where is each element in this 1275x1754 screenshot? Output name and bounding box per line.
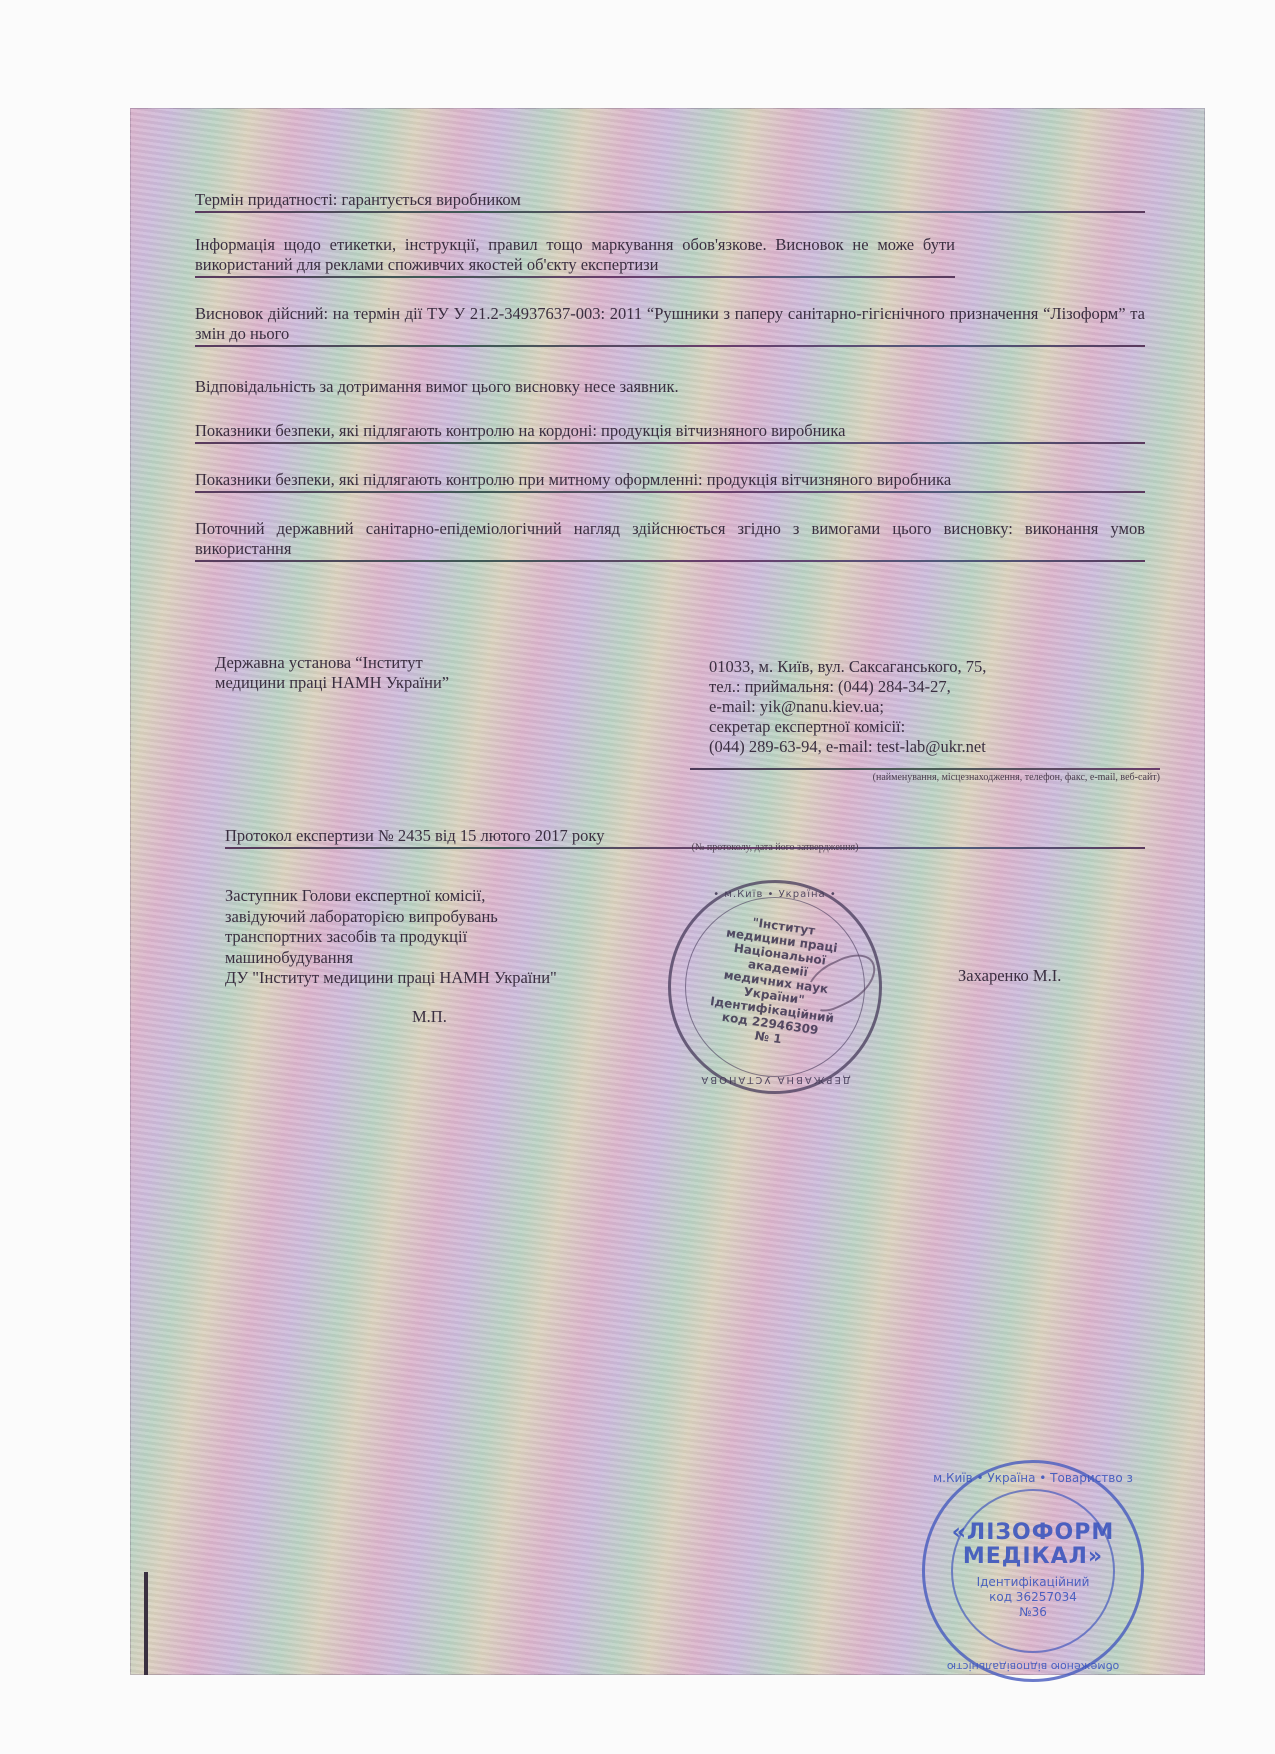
address-line: 01033, м. Київ, вул. Саксаганського, 75, bbox=[709, 657, 986, 677]
address-caption: (найменування, місцезнаходження, телефон… bbox=[715, 772, 1160, 784]
field-customs-control: Показники безпеки, які підлягають контро… bbox=[195, 470, 1145, 493]
field-text: Показники безпеки, які підлягають контро… bbox=[195, 421, 1145, 441]
underline bbox=[195, 560, 1145, 562]
address-line: e-mail: yik@nanu.kiev.ua; bbox=[709, 697, 986, 717]
address-line: (044) 289-63-94, e-mail: test-lab@ukr.ne… bbox=[709, 737, 986, 757]
stamp-ring-text: обмеженою відповідальністю bbox=[925, 1660, 1141, 1673]
field-text: Висновок дійсний: на термін дії ТУ У 21.… bbox=[195, 304, 1145, 344]
field-border-control: Показники безпеки, які підлягають контро… bbox=[195, 421, 1145, 444]
scan-edge-mark bbox=[144, 1572, 148, 1675]
underline bbox=[195, 276, 955, 278]
underline bbox=[690, 768, 1160, 770]
stamp-ring-text: м.Київ • Україна • Товариство з bbox=[925, 1471, 1141, 1485]
organization-address: 01033, м. Київ, вул. Саксаганського, 75,… bbox=[709, 657, 986, 757]
field-text: Інформація щодо етикетки, інструкції, пр… bbox=[195, 235, 955, 275]
document-fields: Термін придатності: гарантується виробни… bbox=[195, 190, 1145, 562]
stamp-line: код 36257034 bbox=[925, 1590, 1141, 1605]
stamp-ring-text: ДЕРЖАВНА УСТАНОВА bbox=[671, 1074, 879, 1085]
field-labeling: Інформація щодо етикетки, інструкції, пр… bbox=[195, 235, 955, 278]
underline bbox=[195, 491, 1145, 493]
organization-name: Державна установа “Інститут медицини пра… bbox=[215, 653, 449, 693]
field-shelf-life: Термін придатності: гарантується виробни… bbox=[195, 190, 1145, 213]
company-stamp: м.Київ • Україна • Товариство з «ЛІЗОФОР… bbox=[922, 1460, 1144, 1682]
signer-name: Захаренко М.І. bbox=[958, 966, 1061, 986]
stamp-inner-ring bbox=[951, 1489, 1115, 1653]
stamp-line: «ЛІЗОФОРМ bbox=[925, 1521, 1141, 1545]
protocol-caption: (№ протоколу, дата його затвердження) bbox=[645, 842, 905, 853]
field-supervision: Поточний державний санітарно-епідеміолог… bbox=[195, 519, 1145, 562]
field-text: Показники безпеки, які підлягають контро… bbox=[195, 470, 1145, 490]
stamp-line: №36 bbox=[925, 1605, 1141, 1620]
signer-line: транспортних засобів та продукції bbox=[225, 927, 557, 948]
field-text: Поточний державний санітарно-епідеміолог… bbox=[195, 519, 1145, 559]
stamp-line: Ідентифікаційний bbox=[925, 1575, 1141, 1590]
signer-line: ДУ "Інститут медицини праці НАМН України… bbox=[225, 968, 557, 989]
signer-line: завідуючий лабораторією випробувань bbox=[225, 907, 557, 928]
org-name-line: Державна установа “Інститут bbox=[215, 653, 449, 673]
field-text: Відповідальність за дотримання вимог цьо… bbox=[195, 377, 1145, 397]
stamp-ring-text: • м.Київ • Україна • bbox=[671, 889, 879, 900]
signer-title: Заступник Голови експертної комісії, зав… bbox=[225, 886, 557, 989]
underline bbox=[195, 211, 1145, 213]
address-line: тел.: приймальня: (044) 284-34-27, bbox=[709, 677, 986, 697]
underline bbox=[195, 345, 1145, 347]
signer-line: Заступник Голови експертної комісії, bbox=[225, 886, 557, 907]
stamp-code: Ідентифікаційний код 36257034 №36 bbox=[925, 1575, 1141, 1620]
signer-line: машинобудування bbox=[225, 948, 557, 969]
underline bbox=[195, 442, 1145, 444]
org-name-line: медицини праці НАМН України” bbox=[215, 673, 449, 693]
seal-place-label: М.П. bbox=[412, 1007, 447, 1027]
stamp-company-name: «ЛІЗОФОРМ МЕДІКАЛ» bbox=[925, 1521, 1141, 1569]
field-validity: Висновок дійсний: на термін дії ТУ У 21.… bbox=[195, 304, 1145, 347]
address-line: секретар експертної комісії: bbox=[709, 717, 986, 737]
field-responsibility: Відповідальність за дотримання вимог цьо… bbox=[195, 377, 1145, 397]
field-text: Термін придатності: гарантується виробни… bbox=[195, 190, 1145, 210]
stamp-line: МЕДІКАЛ» bbox=[925, 1545, 1141, 1569]
